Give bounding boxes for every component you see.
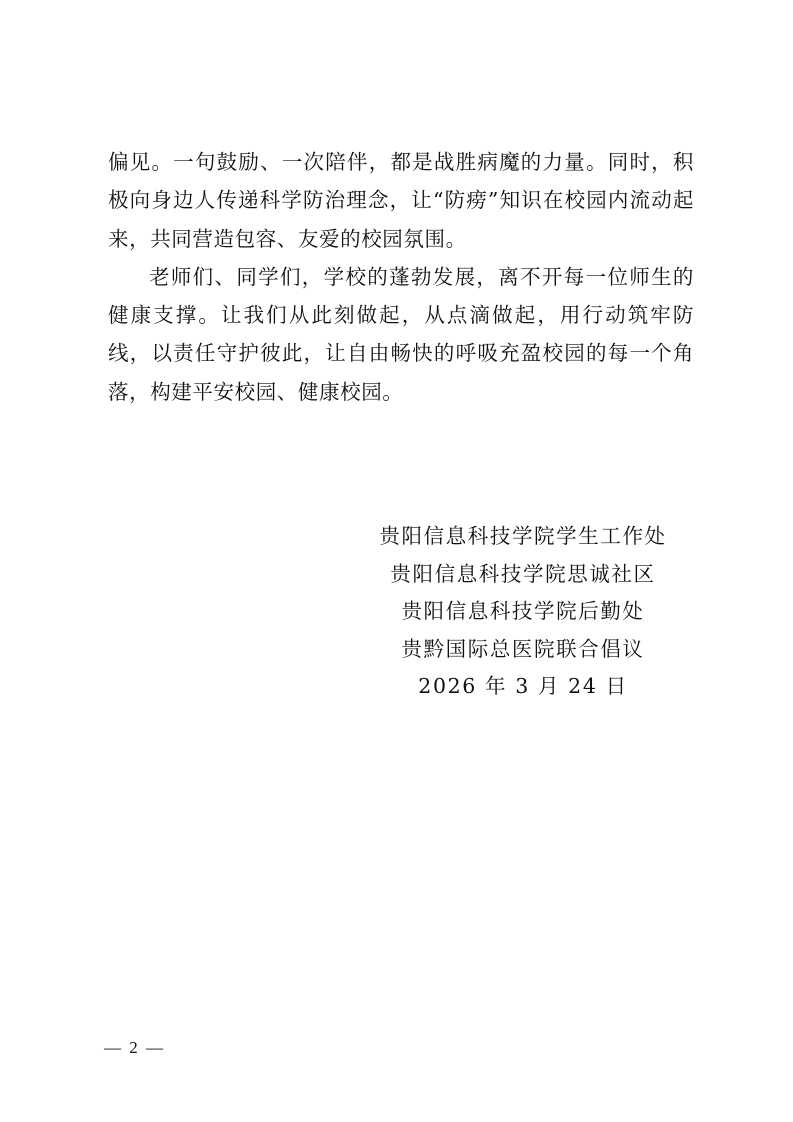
signature-date: 2026 年 3 月 24 日 bbox=[373, 668, 673, 706]
paragraph-continuation: 偏见。一句鼓励、一次陪伴，都是战胜病魔的力量。同时，积极向身边人传递科学防治理念… bbox=[108, 143, 694, 258]
page-number: — 2 — bbox=[104, 1038, 165, 1058]
signature-block: 贵阳信息科技学院学生工作处 贵阳信息科技学院思诚社区 贵阳信息科技学院后勤处 贵… bbox=[373, 518, 673, 706]
document-page: 偏见。一句鼓励、一次陪伴，都是战胜病魔的力量。同时，积极向身边人传递科学防治理念… bbox=[0, 0, 793, 1122]
signatory-sicheng-community: 贵阳信息科技学院思诚社区 bbox=[373, 556, 673, 594]
paragraph-closing-appeal: 老师们、同学们，学校的蓬勃发展，离不开每一位师生的健康支撑。让我们从此刻做起，从… bbox=[108, 258, 694, 411]
signatory-hospital: 贵黔国际总医院联合倡议 bbox=[373, 631, 673, 669]
signatory-logistics: 贵阳信息科技学院后勤处 bbox=[373, 593, 673, 631]
body-text: 偏见。一句鼓励、一次陪伴，都是战胜病魔的力量。同时，积极向身边人传递科学防治理念… bbox=[108, 143, 694, 411]
signatory-student-affairs: 贵阳信息科技学院学生工作处 bbox=[373, 518, 673, 556]
